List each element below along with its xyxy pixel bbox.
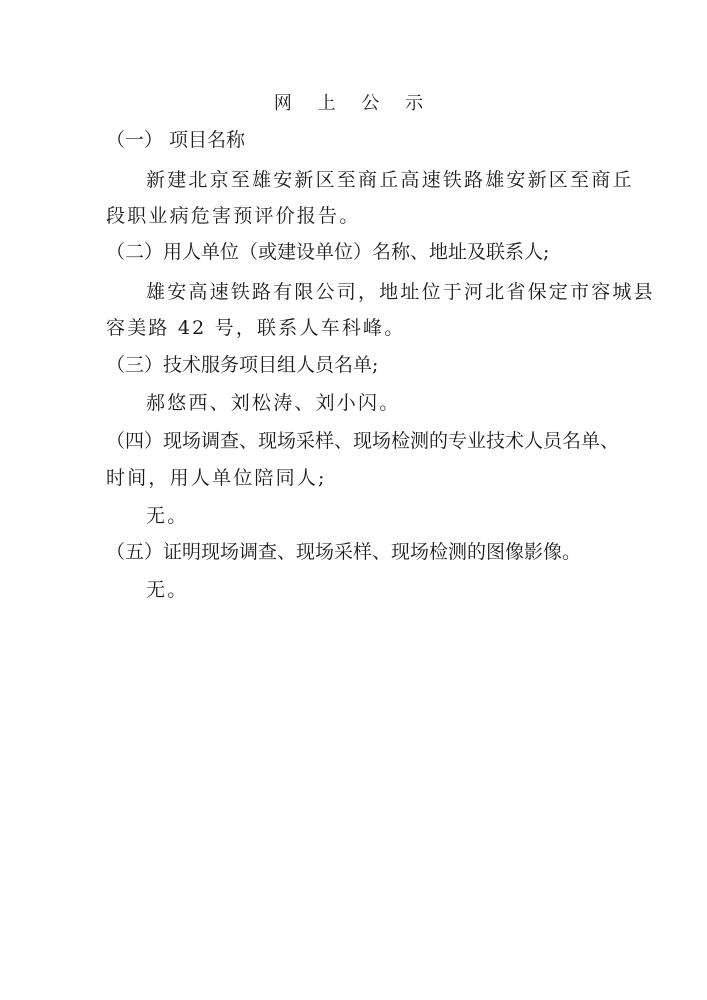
section-4-heading-line-2: 时间，用人单位陪同人; bbox=[106, 466, 327, 490]
section-2-heading: （二）用人单位（或建设单位）名称、地址及联系人; bbox=[106, 240, 549, 264]
page-title: 网 上 公 示 bbox=[0, 92, 707, 116]
section-3-body-line-1: 郝悠西、刘松涛、刘小闪。 bbox=[146, 391, 400, 415]
section-1-body-line-2: 段职业病危害预评价报告。 bbox=[106, 204, 360, 228]
section-1-body-line-1: 新建北京至雄安新区至商丘高速铁路雄安新区至商丘 bbox=[146, 168, 634, 192]
section-4-body-line-1: 无。 bbox=[146, 504, 188, 528]
section-5-heading: （五）证明现场调查、现场采样、现场检测的图像影像。 bbox=[106, 540, 581, 564]
section-1-heading: （一） 项目名称 bbox=[106, 128, 245, 152]
section-2-body-line-2: 容美路 42 号，联系人车科峰。 bbox=[106, 316, 405, 340]
section-2-body-line-1: 雄安高速铁路有限公司，地址位于河北省保定市容城县 bbox=[146, 280, 655, 304]
section-4-heading-line-1: （四）现场调查、现场采样、现场检测的专业技术人员名单、 bbox=[106, 429, 619, 453]
section-5-body-line-1: 无。 bbox=[146, 578, 188, 602]
section-3-heading: （三）技术服务项目组人员名单; bbox=[106, 353, 378, 377]
